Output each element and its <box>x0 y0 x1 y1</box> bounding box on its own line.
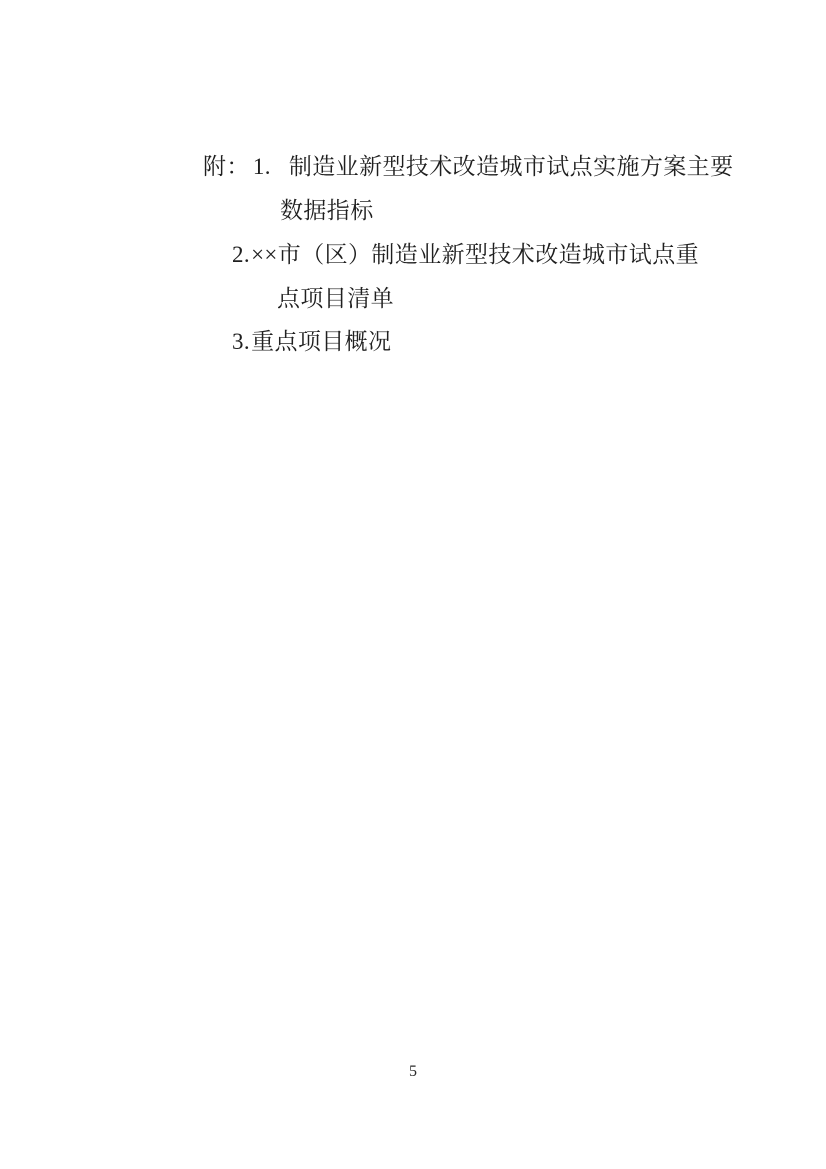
attachment-item-1-line-2: 数据指标 <box>280 196 374 226</box>
attachment-item-2-text: ××市（区）制造业新型技术改造城市试点重 <box>251 242 699 267</box>
attachment-item-1-number: 1. <box>253 154 271 179</box>
attachment-item-2-line-2: 点项目清单 <box>277 284 394 314</box>
document-page: 附：1.制造业新型技术改造城市试点实施方案主要 数据指标 2.××市（区）制造业… <box>0 0 826 1169</box>
attachment-item-3-number: 3. <box>232 329 250 354</box>
attachment-item-1-text: 制造业新型技术改造城市试点实施方案主要 <box>289 154 734 179</box>
attachment-item-2-line-1: 2.××市（区）制造业新型技术改造城市试点重 <box>232 240 699 270</box>
attachment-item-1-line-1: 附：1.制造业新型技术改造城市试点实施方案主要 <box>203 152 733 182</box>
attachment-item-3-text: 重点项目概况 <box>251 329 391 354</box>
page-number: 5 <box>0 1063 826 1081</box>
attachment-label: 附： <box>203 154 250 179</box>
attachment-item-3-line-1: 3.重点项目概况 <box>232 327 391 357</box>
attachment-item-2-continuation: 点项目清单 <box>277 286 394 311</box>
attachment-item-2-number: 2. <box>232 242 250 267</box>
attachment-item-1-continuation: 数据指标 <box>280 198 374 223</box>
